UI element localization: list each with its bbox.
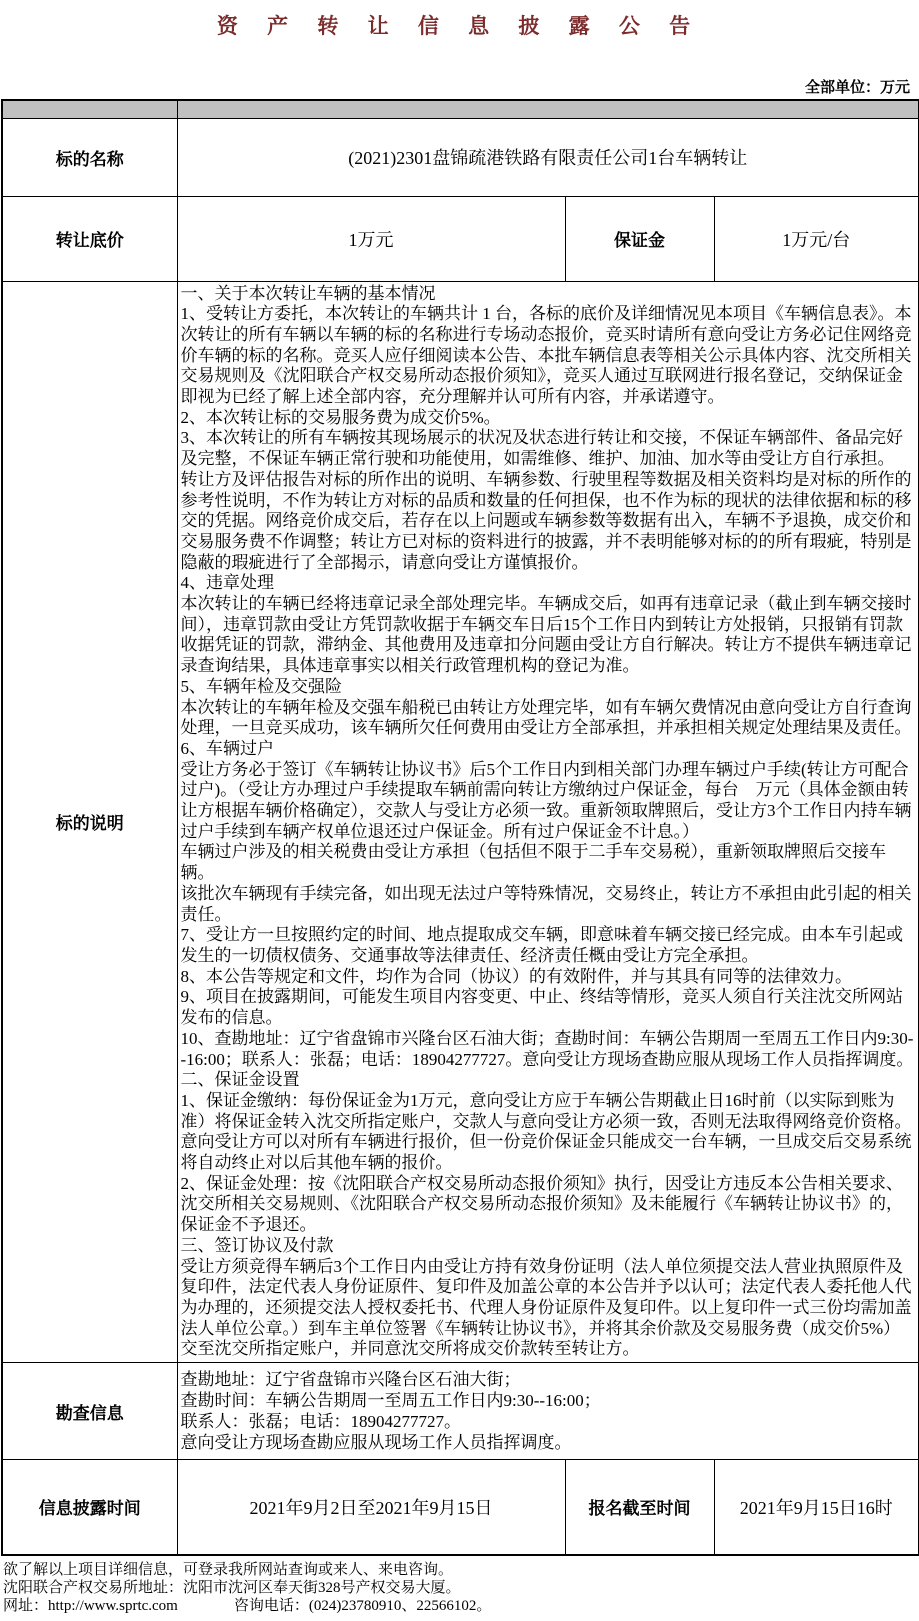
announcement-page: 资 产 转 让 信 息 披 露 公 告 全部单位：万元 标的名称 (2021)2… (0, 0, 919, 1621)
page-title: 资 产 转 让 信 息 披 露 公 告 (1, 10, 918, 40)
deposit-value: 1万元/台 (714, 196, 919, 281)
description-paragraph: 4、违章处理 (181, 573, 916, 594)
description-paragraph: 7、受让方一旦按照约定的时间、地点提取成交车辆，即意味着车辆交接已经完成。由本车… (181, 925, 916, 966)
survey-line: 联系人：张磊；电话：18904277727。 (181, 1411, 916, 1432)
description-label: 标的说明 (2, 281, 177, 1363)
survey-row: 勘查信息 查勘地址：辽宁省盘锦市兴隆台区石油大街；查勘时间：车辆公告期周一至周五… (2, 1363, 919, 1460)
footer-line-address: 沈阳联合产权交易所地址：沈阳市沈河区奉天街328号产权交易大厦。 (3, 1579, 918, 1597)
description-text: 一、关于本次转让车辆的基本情况1、受转让方委托，本次转让的车辆共计 1 台，各标… (177, 281, 919, 1363)
survey-label: 勘查信息 (2, 1363, 177, 1460)
disclosure-label: 信息披露时间 (2, 1460, 177, 1555)
description-paragraph: 9、项目在披露期间，可能发生项目内容变更、中止、终结等情形，竞买人须自行关注沈交… (181, 987, 916, 1028)
table-header-row (2, 100, 919, 118)
base-price-value: 1万元 (177, 196, 565, 281)
survey-line: 查勘时间：车辆公告期周一至周五工作日内9:30--16:00； (181, 1390, 916, 1411)
description-paragraph: 1、保证金缴纳：每份保证金为1万元，意向受让方应于车辆公告期截止日16时前（以实… (181, 1091, 916, 1174)
deposit-label: 保证金 (565, 196, 714, 281)
unit-note: 全部单位：万元 (1, 76, 918, 97)
description-paragraph: 本次转让的车辆年检及交强车船税已由转让方处理完毕，如有车辆欠费情况由意向受让方自… (181, 698, 916, 739)
survey-text: 查勘地址：辽宁省盘锦市兴隆台区石油大街；查勘时间：车辆公告期周一至周五工作日内9… (177, 1363, 919, 1460)
header-cell-right (177, 100, 919, 118)
base-price-row: 转让底价 1万元 保证金 1万元/台 (2, 196, 919, 281)
header-cell-left (2, 100, 177, 118)
survey-line: 意向受让方现场查勘应服从现场工作人员指挥调度。 (181, 1432, 916, 1453)
description-row: 标的说明 一、关于本次转让车辆的基本情况1、受转让方委托，本次转让的车辆共计 1… (2, 281, 919, 1363)
description-paragraph: 该批次车辆现有手续完备，如出现无法过户等特殊情况，交易终止，转让方不承担由此引起… (181, 884, 916, 925)
footer-line-contact: 网址：http://www.sprtc.com 咨询电话：(024)237809… (3, 1597, 918, 1615)
footer-line-info: 欲了解以上项目详细信息，可登录我所网站查询或来人、来电咨询。 (3, 1561, 918, 1579)
description-paragraph: 车辆过户涉及的相关税费由受让方承担（包括但不限于二手车交易税），重新领取牌照后交… (181, 842, 916, 883)
disclosure-value: 2021年9月2日至2021年9月15日 (177, 1460, 565, 1555)
deadline-label: 报名截至时间 (565, 1460, 714, 1555)
footer-website: 网址：http://www.sprtc.com (3, 1597, 178, 1615)
description-paragraph: 2、本次转让标的交易服务费为成交价5%。 (181, 408, 916, 429)
subject-name-row: 标的名称 (2021)2301盘锦疏港铁路有限责任公司1台车辆转让 (2, 118, 919, 196)
description-paragraph: 本次转让的车辆已经将违章记录全部处理完毕。车辆成交后，如再有违章记录（截止到车辆… (181, 594, 916, 677)
survey-line: 查勘地址：辽宁省盘锦市兴隆台区石油大街； (181, 1369, 916, 1390)
description-paragraph: 1、受转让方委托，本次转让的车辆共计 1 台，各标的底价及详细情况见本项目《车辆… (181, 304, 916, 408)
subject-name-value: (2021)2301盘锦疏港铁路有限责任公司1台车辆转让 (177, 118, 919, 196)
description-paragraph: 二、保证金设置 (181, 1070, 916, 1091)
description-paragraph: 一、关于本次转让车辆的基本情况 (181, 284, 916, 305)
disclosure-row: 信息披露时间 2021年9月2日至2021年9月15日 报名截至时间 2021年… (2, 1460, 919, 1555)
announcement-table: 标的名称 (2021)2301盘锦疏港铁路有限责任公司1台车辆转让 转让底价 1… (1, 99, 919, 1556)
description-paragraph: 6、车辆过户 (181, 739, 916, 760)
base-price-label: 转让底价 (2, 196, 177, 281)
description-paragraph: 三、签订协议及付款 (181, 1236, 916, 1257)
description-paragraph: 受让方务必于签订《车辆转让协议书》后5个工作日内到相关部门办理车辆过户手续(转让… (181, 760, 916, 843)
footer-phone: 咨询电话：(024)23780910、22566102。 (234, 1597, 492, 1615)
description-paragraph: 转让方及评估报告对标的所作出的说明、车辆参数、行驶里程等数据及相关资料均是对标的… (181, 470, 916, 574)
description-paragraph: 5、车辆年检及交强险 (181, 677, 916, 698)
footer: 欲了解以上项目详细信息，可登录我所网站查询或来人、来电咨询。 沈阳联合产权交易所… (1, 1556, 918, 1615)
description-paragraph: 10、查勘地址：辽宁省盘锦市兴隆台区石油大街；查勘时间：车辆公告期周一至周五工作… (181, 1029, 916, 1070)
description-paragraph: 8、本公告等规定和文件，均作为合同（协议）的有效附件，并与其具有同等的法律效力。 (181, 967, 916, 988)
deadline-value: 2021年9月15日16时 (714, 1460, 919, 1555)
description-paragraph: 3、本次转让的所有车辆按其现场展示的状况及状态进行转让和交接，不保证车辆部件、备… (181, 428, 916, 469)
description-paragraph: 2、保证金处理：按《沈阳联合产权交易所动态报价须知》执行，因受让方违反本公告相关… (181, 1174, 916, 1236)
subject-name-label: 标的名称 (2, 118, 177, 196)
description-paragraph: 受让方须竞得车辆后3个工作日内由受让方持有效身份证明（法人单位须提交法人营业执照… (181, 1257, 916, 1361)
